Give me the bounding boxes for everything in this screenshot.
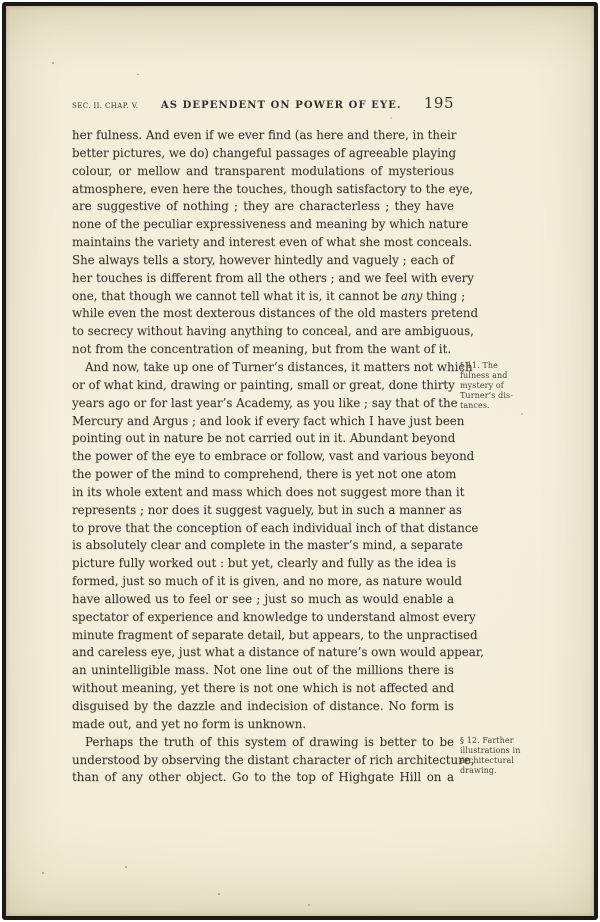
- text-line: an unintelligible mass. Not one line out…: [72, 662, 454, 680]
- sidenote-section-12: § 12. Farther illustrations in architect…: [460, 736, 522, 776]
- text-line: her touches is different from all the ot…: [72, 270, 454, 288]
- text-line: not from the concentration of meaning, b…: [72, 341, 454, 359]
- text-line: better pictures, we do) changeful passag…: [72, 145, 454, 163]
- scan-speck: [521, 413, 523, 415]
- text-line: none of the peculiar expressiveness and …: [72, 216, 454, 234]
- running-title: AS DEPENDENT ON POWER OF EYE.: [161, 100, 402, 111]
- text-line: Perhaps the truth of this system of draw…: [72, 734, 454, 752]
- text-line: to prove that the conception of each ind…: [72, 520, 454, 538]
- text-line: or of what kind, drawing or painting, sm…: [72, 377, 454, 395]
- text-line: understood by observing the distant char…: [72, 752, 454, 770]
- text-line: atmosphere, even here the touches, thoug…: [72, 181, 454, 199]
- text-line: years ago or for last year’s Academy, as…: [72, 395, 454, 413]
- scan-speck: [42, 872, 44, 874]
- text-line: without meaning, yet there is not one wh…: [72, 680, 454, 698]
- text-line: disguised by the dazzle and indecision o…: [72, 698, 454, 716]
- text-line: She always tells a story, however hinted…: [72, 252, 454, 270]
- text-line: to secrecy without having anything to co…: [72, 323, 454, 341]
- paragraph-section-11: And now, take up one of Turner’s distanc…: [72, 359, 454, 734]
- scan-speck: [308, 904, 310, 906]
- text-line: And now, take up one of Turner’s distanc…: [72, 359, 454, 377]
- text-line: and careless eye, just what a distance o…: [72, 644, 454, 662]
- text-line: formed, just so much of it is given, and…: [72, 573, 454, 591]
- text-line: the power of the eye to embrace or follo…: [72, 448, 454, 466]
- text-line: maintains the variety and interest even …: [72, 234, 454, 252]
- scan-speck: [218, 893, 220, 895]
- text-line: while even the most dexterous distances …: [72, 305, 454, 323]
- text-line: the power of the mind to comprehend, the…: [72, 466, 454, 484]
- sidenote-section-11: § 11. The fulness and mystery of Turner’…: [460, 361, 522, 411]
- running-header: SEC. II. CHAP. V. AS DEPENDENT ON POWER …: [72, 94, 454, 112]
- text-line: have allowed us to feel or see ; just so…: [72, 591, 454, 609]
- text-line: pointing out in nature be not carried ou…: [72, 430, 454, 448]
- text-line: made out, and yet no form is unknown.: [72, 716, 454, 734]
- text-line: minute fragment of separate detail, but …: [72, 627, 454, 645]
- text-line: Mercury and Argus ; and look if every fa…: [72, 413, 454, 431]
- scan-speck: [52, 62, 54, 64]
- page-number: 195: [424, 94, 454, 112]
- text-line: than of any other object. Go to the top …: [72, 769, 454, 787]
- paragraph-lines: And now, take up one of Turner’s distanc…: [72, 359, 454, 734]
- text-line: one, that though we cannot tell what it …: [72, 288, 454, 306]
- paragraph-lines: her fulness. And even if we ever find (a…: [72, 127, 454, 359]
- paragraph-section-12: Perhaps the truth of this system of draw…: [72, 734, 454, 788]
- page-body: her fulness. And even if we ever find (a…: [72, 127, 454, 787]
- scan-speck: [125, 866, 127, 868]
- paragraph-lines: Perhaps the truth of this system of draw…: [72, 734, 454, 788]
- text-line: spectator of experience and knowledge to…: [72, 609, 454, 627]
- text-line: is absolutely clear and complete in the …: [72, 537, 454, 555]
- scan-speck: [390, 117, 392, 119]
- text-line: in its whole extent and mass which does …: [72, 484, 454, 502]
- section-chapter-label: SEC. II. CHAP. V.: [72, 102, 139, 110]
- paragraph-continued: her fulness. And even if we ever find (a…: [72, 127, 454, 359]
- text-line: colour, or mellow and transparent modula…: [72, 163, 454, 181]
- text-line: her fulness. And even if we ever find (a…: [72, 127, 454, 145]
- scanned-book-page: SEC. II. CHAP. V. AS DEPENDENT ON POWER …: [2, 2, 598, 920]
- scan-speck: [137, 74, 139, 75]
- text-line: picture fully worked out : but yet, clea…: [72, 555, 454, 573]
- text-line: represents ; nor does it suggest vaguely…: [72, 502, 454, 520]
- text-line: are suggestive of nothing ; they are cha…: [72, 198, 454, 216]
